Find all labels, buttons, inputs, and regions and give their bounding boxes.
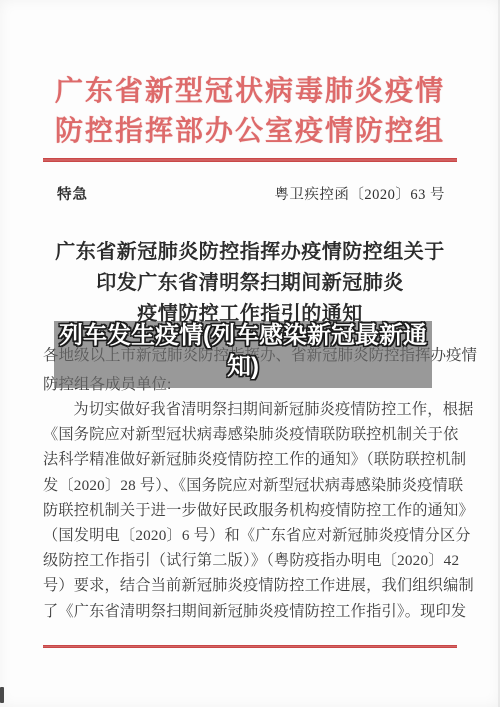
document-title-line1: 广东省新冠肺炎防控指挥办疫情防控组关于 [20,237,480,268]
document-title-line2: 印发广东省清明祭扫期间新冠肺炎 [20,268,480,299]
letterhead-org-line1: 广东省新型冠状病毒肺炎疫情 [0,72,500,112]
body-line: 防联控机制关于进一步做好民政服务机构疫情防控工作的通知》 [43,498,457,523]
body-line: 级防控工作指引（试行第二版）》（粤防疫指办明电〔2020〕42 [43,548,457,573]
watermark-caption: 列车发生疫情(列车感染新冠最新通知) [54,320,432,392]
body-line: 《国务院应对新型冠状病毒感染肺炎疫情联防联控机制关于依 [43,422,457,447]
body-line: 了《广东省清明祭扫期间新冠肺炎疫情防控工作指引》。现印发 [43,599,457,624]
urgency-label: 特急 [57,183,88,204]
body-line: 法科学精准做好新冠肺炎疫情防控工作的通知》（联防联控机制 [43,447,457,472]
body-paragraph: 为切实做好我省清明祭扫期间新冠肺炎疫情防控工作，根据 《国务院应对新型冠状病毒感… [43,397,457,624]
letterhead-org-line2: 防控指挥部办公室疫情防控组 [0,112,500,152]
letterhead-org: 广东省新型冠状病毒肺炎疫情 防控指挥部办公室疫情防控组 [0,72,500,152]
body-line: 发〔2020〕28 号）、《国务院应对新型冠状病毒感染肺炎疫情联 [43,473,457,498]
body-line: 号）要求，结合当前新冠肺炎疫情防控工作进展，我们组织编制 [43,573,457,598]
body-line: （国发明电〔2020〕6 号）和《广东省应对新冠肺炎疫情分区分 [43,523,457,548]
footer-red-rule [43,645,457,648]
meta-row: 特急 粤卫疾控函〔2020〕63 号 [57,183,445,204]
scan-corner-artifact [0,687,4,703]
body-line: 为切实做好我省清明祭扫期间新冠肺炎疫情防控工作，根据 [43,397,457,422]
scanned-document-page: 广东省新型冠状病毒肺炎疫情 防控指挥部办公室疫情防控组 特急 粤卫疾控函〔202… [0,0,500,707]
watermark-caption-text: 列车发生疫情(列车感染新冠最新通知) [54,320,432,382]
document-number: 粤卫疾控函〔2020〕63 号 [274,183,445,204]
document-title: 广东省新冠肺炎防控指挥办疫情防控组关于 印发广东省清明祭扫期间新冠肺炎 疫情防控… [20,237,480,330]
letterhead-red-rule [43,158,457,162]
